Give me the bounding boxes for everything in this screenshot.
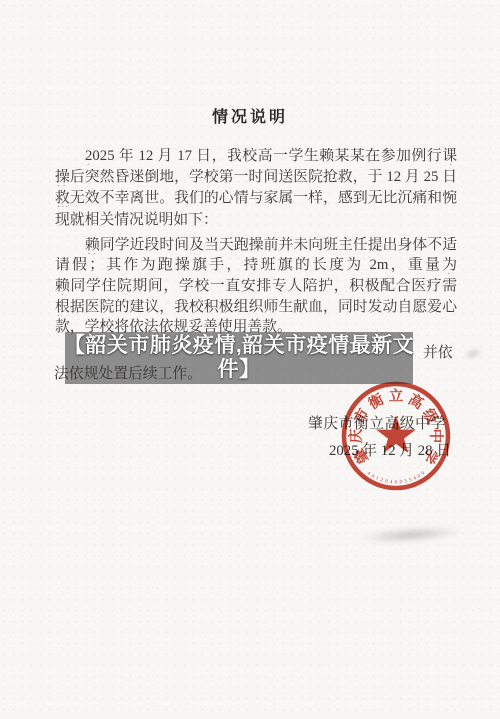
body-line: 赖同学住院期间，学校一直安排专人陪护，积极配合医疗需求； bbox=[55, 278, 457, 295]
ink-smudge bbox=[462, 345, 485, 362]
svg-text:4: 4 bbox=[390, 480, 394, 485]
svg-text:0: 0 bbox=[399, 480, 403, 485]
caption-text-line1: 【韶关市肺炎疫情,韶关市疫情最新文 bbox=[64, 334, 414, 358]
body-line: 赖同学近段时间及当天跑操前并未向班主任提出身体不适的 bbox=[55, 237, 457, 254]
body-line: 现就相关情况说明如下： bbox=[55, 212, 457, 229]
svg-text:立: 立 bbox=[389, 387, 404, 405]
svg-text:8: 8 bbox=[384, 479, 388, 485]
svg-text:1: 1 bbox=[375, 476, 380, 482]
body-line: 根据医院的建议，我校积极组织师生献血，同时发动自愿爱心捐 bbox=[55, 299, 457, 316]
caption-overlay: 【韶关市肺炎疫情,韶关市疫情最新文 件】 bbox=[65, 332, 413, 384]
body-line: 操后突然昏迷倒地，学校第一时间送医院抢救，于 12 月 25 日抢 bbox=[55, 169, 457, 186]
ink-smudge bbox=[358, 523, 464, 546]
svg-text:5: 5 bbox=[409, 478, 413, 484]
svg-text:6: 6 bbox=[395, 481, 398, 486]
svg-text:2: 2 bbox=[380, 478, 384, 484]
svg-text:庆: 庆 bbox=[347, 428, 365, 443]
svg-text:中: 中 bbox=[427, 429, 444, 444]
seal-star-icon bbox=[376, 416, 416, 453]
body-line: 2025 年 12 月 17 日，我校高一学生赖某某在参加例行课间跑 bbox=[55, 148, 457, 165]
body-line: 救无效不幸离世。我们的心情与家属一样，感到无比沉痛和惋惜。 bbox=[55, 190, 457, 207]
caption-text-line2: 件】 bbox=[218, 358, 261, 382]
svg-text:3: 3 bbox=[404, 479, 408, 485]
official-seal: 肇庆市衡立高级中学 4412846035409 bbox=[338, 379, 454, 495]
obscured-line-tail: 并依 bbox=[423, 341, 453, 362]
document-title: 情况说明 bbox=[0, 104, 500, 127]
body-line: 请假；其作为跑操旗手，持班旗的长度为 2m，重量为 0.45kg；在 bbox=[55, 257, 457, 274]
document-photo: 情况说明 2025 年 12 月 17 日，我校高一学生赖某某在参加例行课间跑操… bbox=[0, 0, 500, 719]
